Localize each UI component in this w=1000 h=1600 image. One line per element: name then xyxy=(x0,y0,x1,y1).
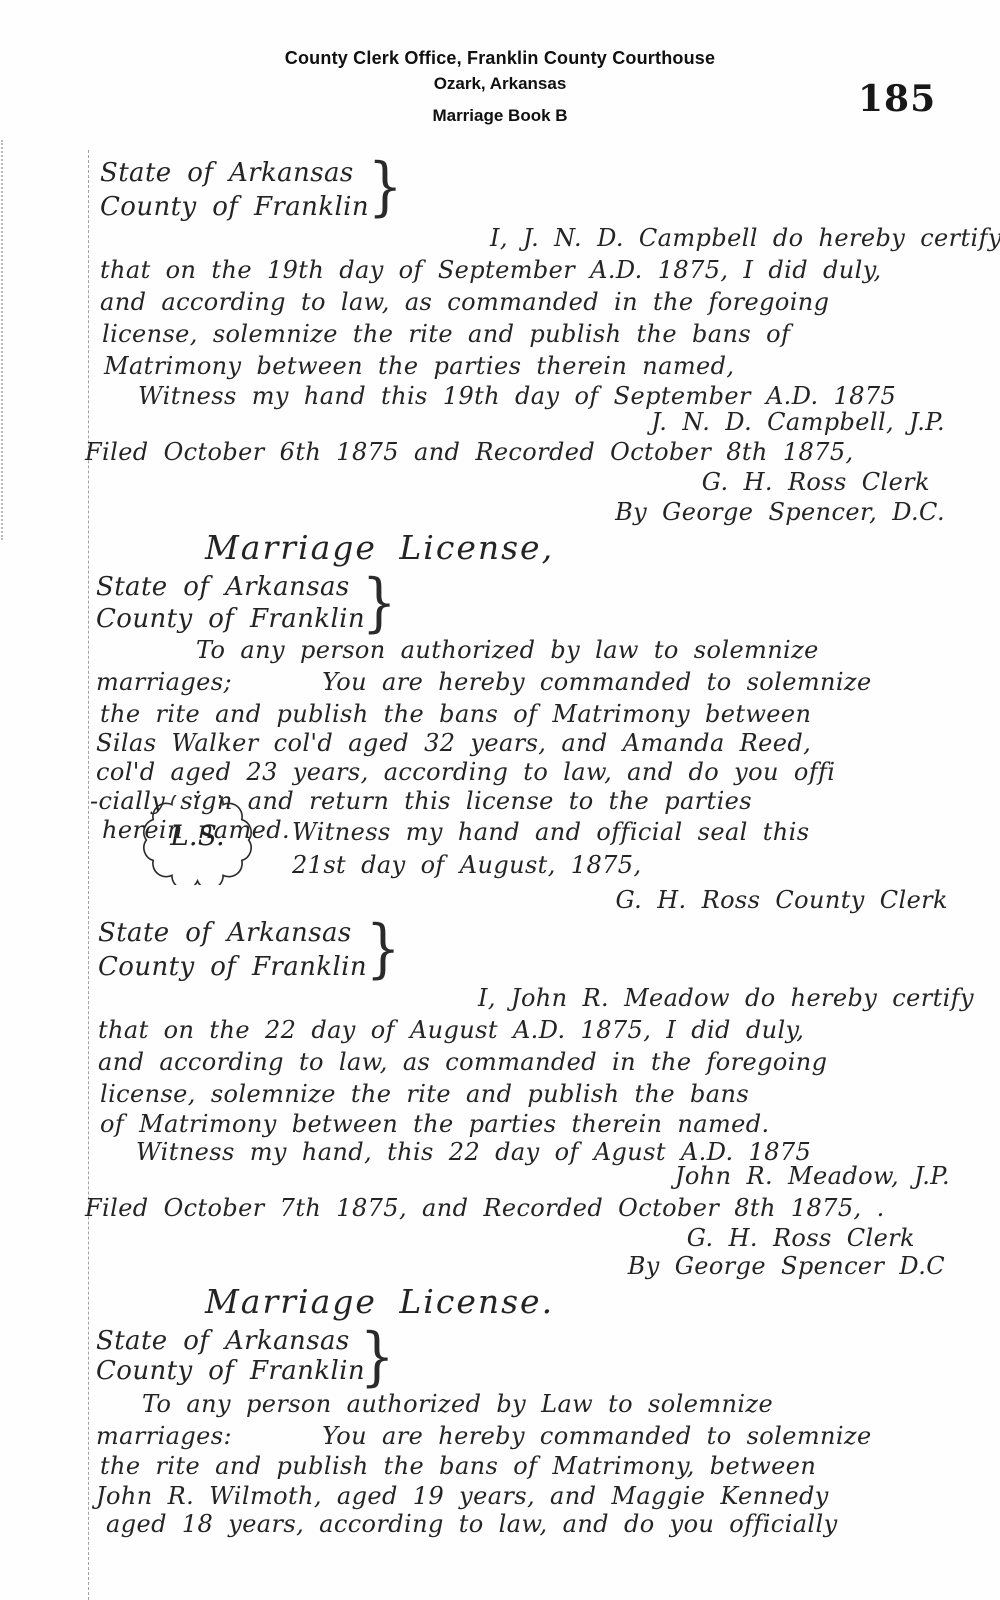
left-margin-rule xyxy=(88,150,89,1600)
lic1-state-line: State of Arkansas xyxy=(96,572,350,602)
lic2-line-2: the rite and publish the bans of Matrimo… xyxy=(100,1452,816,1480)
lic1-witness-line-2: 21st day of August, 1875, xyxy=(292,851,641,879)
brace-icon: } xyxy=(362,571,396,635)
brace-icon: } xyxy=(360,1325,394,1389)
cert1-line-3: license, solemnize the rite and publish … xyxy=(102,320,790,348)
scanned-record-page: County Clerk Office, Franklin County Cou… xyxy=(0,0,1000,1600)
cert2-line-1: that on the 22 day of August A.D. 1875, … xyxy=(98,1016,804,1044)
cert1-signature: J. N. D. Campbell, J.P. xyxy=(651,408,945,436)
lic1-line-2: the rite and publish the bans of Matrimo… xyxy=(100,700,811,728)
cert2-deputy-signature: By George Spencer D.C xyxy=(628,1252,945,1280)
cert1-county-line: County of Franklin xyxy=(100,192,369,222)
cert1-clerk-signature: G. H. Ross Clerk xyxy=(702,468,930,496)
lic2-county-line: County of Franklin xyxy=(96,1356,365,1386)
cert2-filed-line: Filed October 7th 1875, and Recorded Oct… xyxy=(85,1194,885,1222)
cert2-county-line: County of Franklin xyxy=(98,952,367,982)
cert1-line-4: Matrimony between the parties therein na… xyxy=(104,352,734,380)
lic2-line-1: marriages: You are hereby commanded to s… xyxy=(96,1422,872,1450)
seal-ls-label: L.S. xyxy=(140,819,255,852)
lic1-line-0: To any person authorized by law to solem… xyxy=(196,636,819,664)
cert1-line-0: I, J. N. D. Campbell do hereby certify xyxy=(490,224,1000,252)
cert2-state-line: State of Arkansas xyxy=(98,918,352,948)
brace-icon: } xyxy=(366,917,400,981)
cert2-signature: John R. Meadow, J.P. xyxy=(675,1162,950,1190)
page-number: 185 xyxy=(858,78,936,120)
cert2-clerk-signature: G. H. Ross Clerk xyxy=(687,1224,915,1252)
cert1-filed-line: Filed October 6th 1875 and Recorded Octo… xyxy=(85,438,854,466)
lic1-clerk-signature: G. H. Ross County Clerk xyxy=(615,886,948,914)
header-office-line: County Clerk Office, Franklin County Cou… xyxy=(0,48,1000,69)
cert1-line-1: that on the 19th day of September A.D. 1… xyxy=(100,256,882,284)
cert2-line-0: I, John R. Meadow do hereby certify xyxy=(478,984,974,1012)
lic2-line-0: To any person authorized by Law to solem… xyxy=(142,1390,773,1418)
header-book-line: Marriage Book B xyxy=(0,106,1000,126)
lic2-state-line: State of Arkansas xyxy=(96,1326,350,1356)
lic1-heading: Marriage License, xyxy=(205,528,554,567)
scan-edge-artifact xyxy=(1,140,3,540)
cert2-line-3: license, solemnize the rite and publish … xyxy=(100,1080,749,1108)
archive-header: County Clerk Office, Franklin County Cou… xyxy=(0,48,1000,126)
cert2-line-2: and according to law, as commanded in th… xyxy=(98,1048,827,1076)
lic2-heading: Marriage License. xyxy=(205,1282,554,1321)
lic1-line-4: col'd aged 23 years, according to law, a… xyxy=(96,758,835,786)
lic1-county-line: County of Franklin xyxy=(96,604,365,634)
cert1-line-2: and according to law, as commanded in th… xyxy=(100,288,829,316)
lic1-witness-line-1: Witness my hand and official seal this xyxy=(292,818,809,846)
lic1-line-1: marriages; You are hereby commanded to s… xyxy=(96,668,872,696)
lic1-line-3: Silas Walker col'd aged 32 years, and Am… xyxy=(96,729,811,757)
lic2-line-3: John R. Wilmoth, aged 19 years, and Magg… xyxy=(96,1482,829,1510)
cert2-line-4: of Matrimony between the parties therein… xyxy=(100,1110,770,1138)
brace-icon: } xyxy=(368,155,402,219)
cert1-state-line: State of Arkansas xyxy=(100,158,354,188)
cert1-deputy-signature: By George Spencer, D.C. xyxy=(615,498,945,526)
lic2-line-4: aged 18 years, according to law, and do … xyxy=(106,1510,838,1538)
cert1-line-5: Witness my hand this 19th day of Septemb… xyxy=(138,382,896,410)
header-location-line: Ozark, Arkansas xyxy=(0,74,1000,94)
notary-seal: L.S. xyxy=(140,795,265,887)
